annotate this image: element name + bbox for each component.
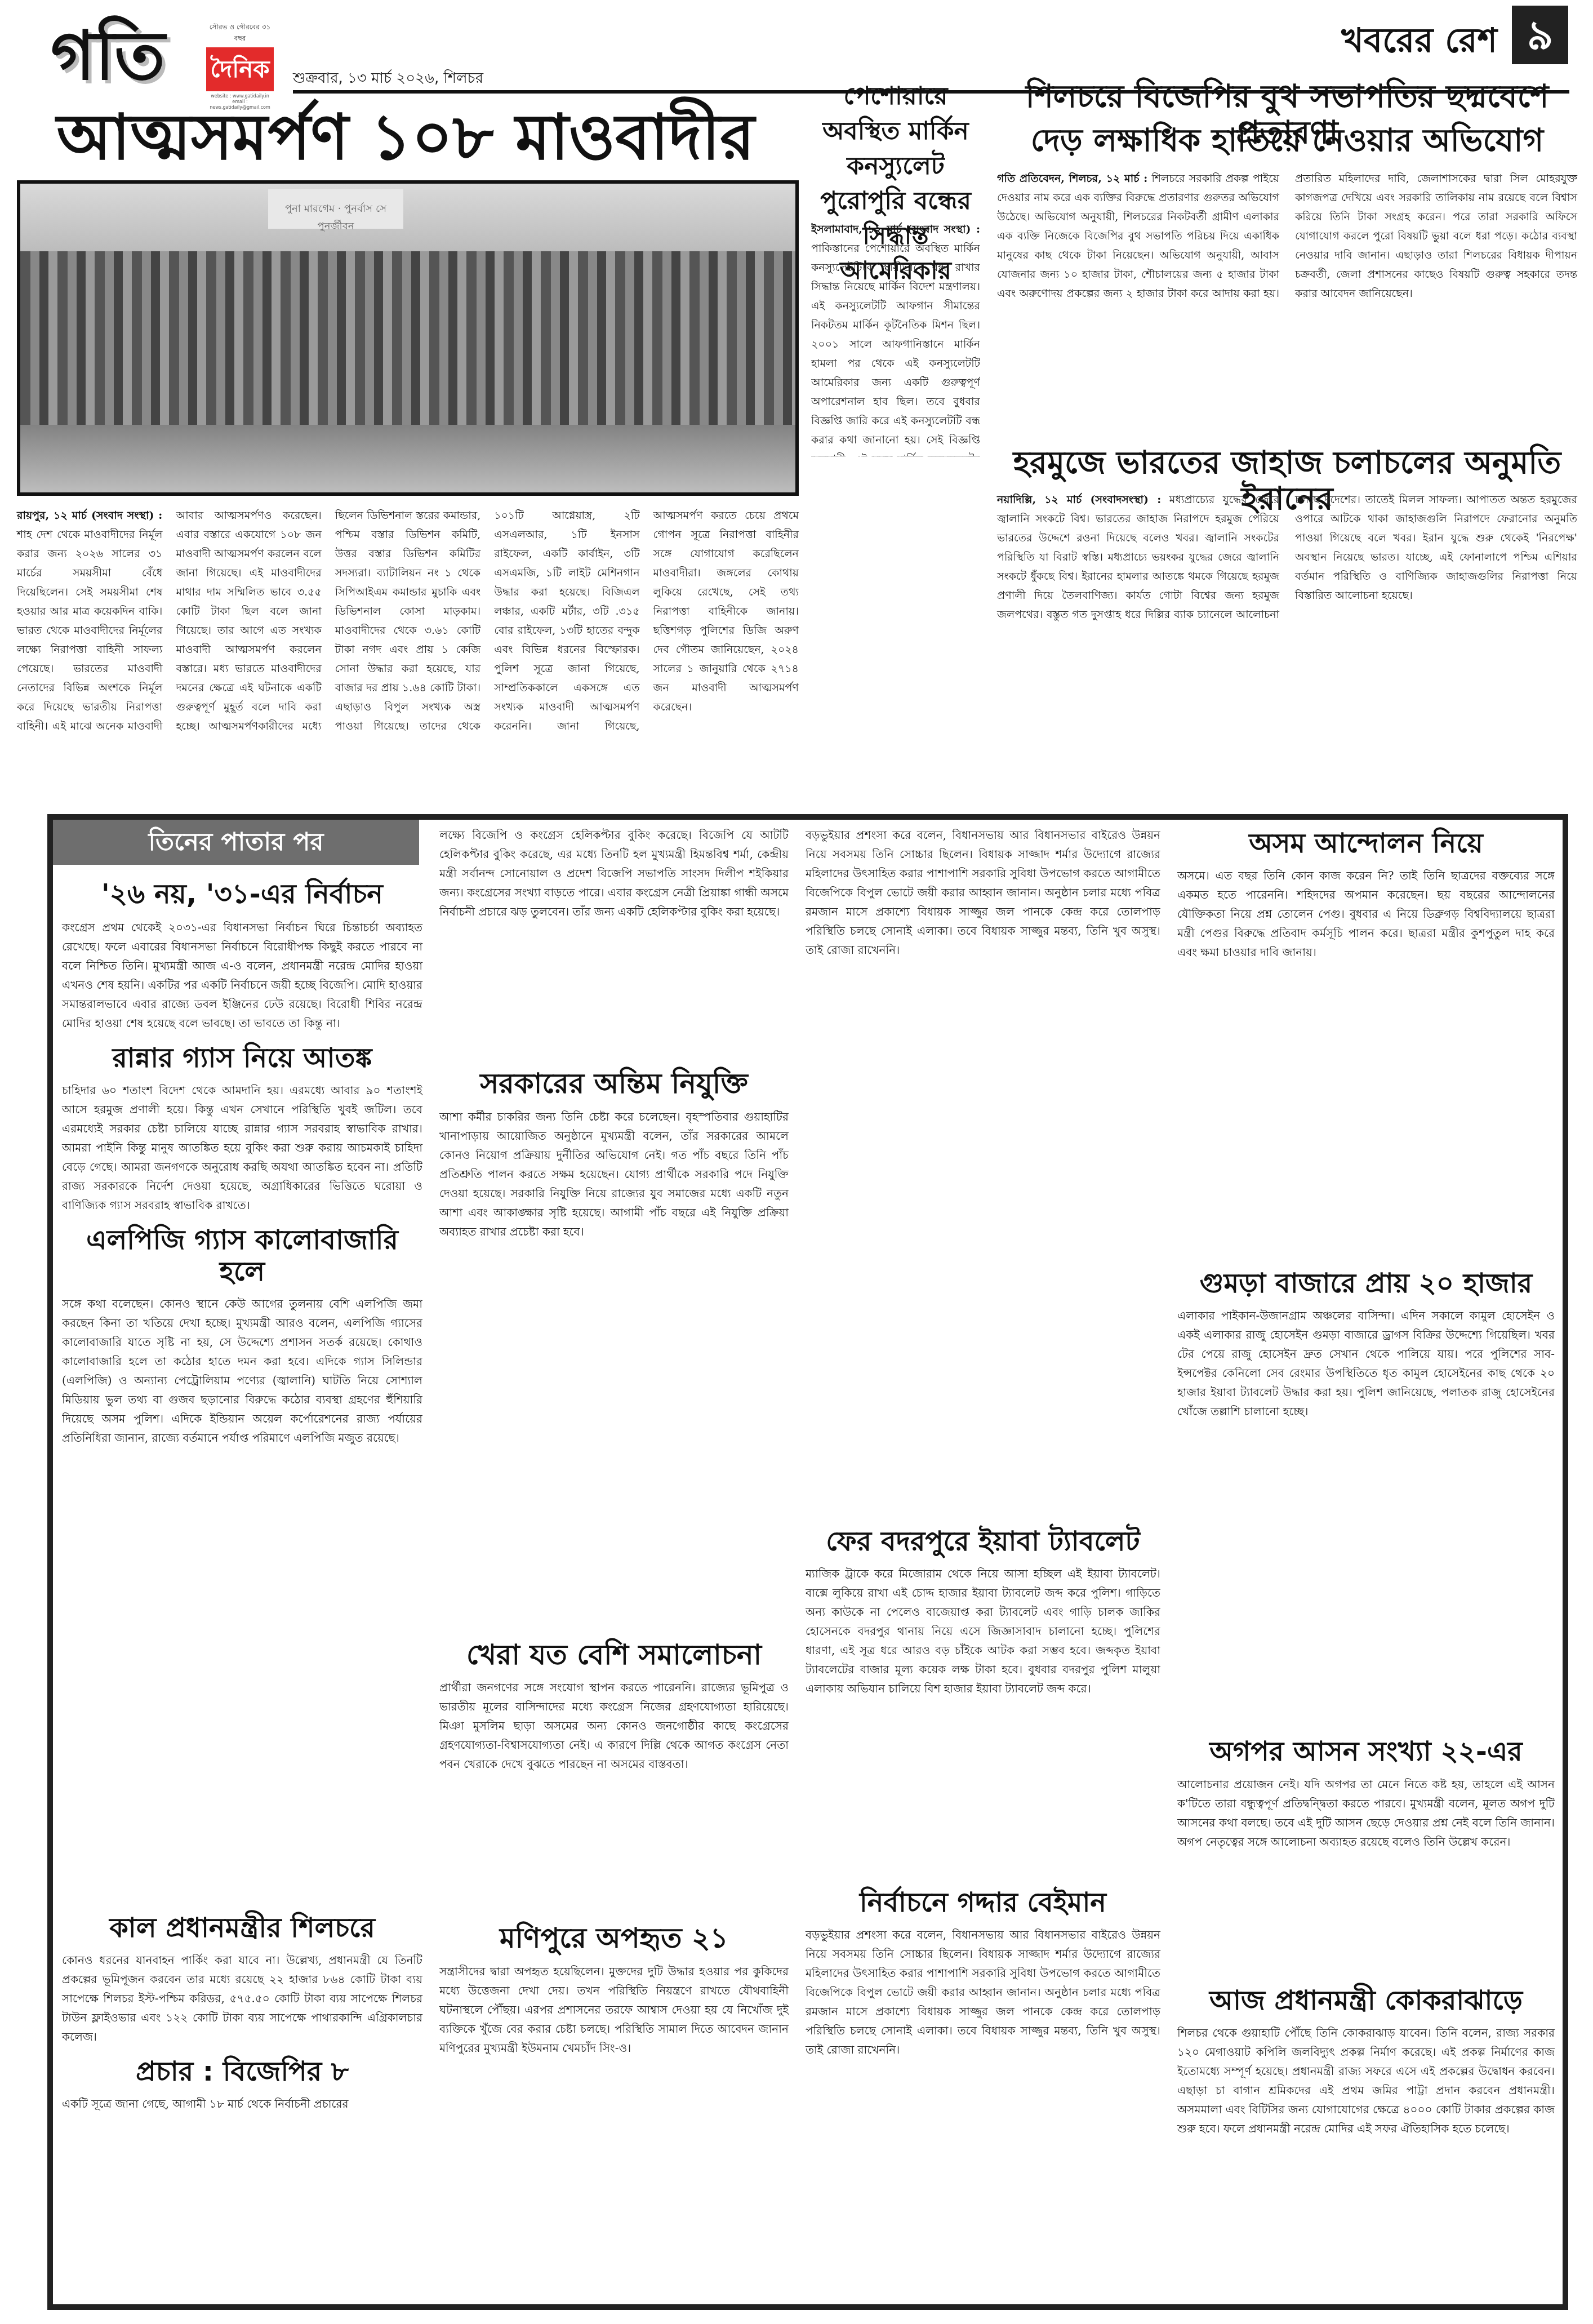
section-title: খবরের রেশ <box>1341 15 1497 71</box>
fraud-article: গতি প্রতিবেদন, শিলচর, ১২ মার্চ : শিলচরে … <box>997 169 1577 434</box>
continued-col-1: '২৬ নয়, '৩১-এর নির্বাচন কংগ্রেস প্রথম থ… <box>62 879 422 2113</box>
continued-col-2: লক্ষ্যে বিজেপি ও কংগ্রেস হেলিকপ্টার বুকি… <box>439 825 789 2058</box>
assam-movement-headline: অসম আন্দোলন নিয়ে <box>1177 828 1555 859</box>
continued-col-4: অসম আন্দোলন নিয়ে অসমে। এত বছর তিনি কোন … <box>1177 828 1555 2138</box>
fraud-body: শিলচরে সরকারি প্রকল্প পাইয়ে দেওয়ার নাম… <box>997 172 1577 300</box>
photo-crowd <box>20 251 795 425</box>
hormuz-body: মধ্যপ্রাচ্যের যুদ্ধের জেরে জ্বালানি সংকট… <box>997 494 1577 621</box>
campaign-headline: প্রচার : বিজেপির ৮ <box>62 2056 422 2087</box>
continued-col-3: বড়ভুইয়ার প্রশংসা করে বলেন, বিধানসভায় … <box>806 825 1160 2059</box>
agp-body: আলোচনার প্রয়োজন নেই। যদি অগপর তা মেনে ন… <box>1177 1775 1555 1978</box>
assam-movement-body: অসমে। এত বছর তিনি কোন কাজ করেন নি? তাই ত… <box>1177 866 1555 1260</box>
gumra-headline: গুমড়া বাজারে প্রায় ২০ হাজার <box>1177 1268 1555 1299</box>
election-headline: '২৬ নয়, '৩১-এর নির্বাচন <box>62 879 422 910</box>
peshawar-dateline: ইসলামাবাদ, ১২ মার্চ (সংবাদ সংস্থা) : <box>811 223 980 235</box>
yaba-headline: ফের বদরপুরে ইয়াবা ট্যাবলেট <box>806 1526 1160 1557</box>
photo-banner: পুনা মারগেম · পুনর্বাস সে পুনর্জীবন <box>268 189 403 229</box>
peshawar-article: ইসলামাবাদ, ১২ মার্চ (সংবাদ সংস্থা) : পাক… <box>811 220 980 456</box>
khera-headline: খেরা যত বেশি সমালোচনা <box>439 1639 789 1672</box>
hormuz-article: নয়াদিল্লি, ১২ মার্চ (সংবাদসংস্থা) : মধ্… <box>997 490 1577 749</box>
maoist-article: রায়পুর, ১২ মার্চ (সংবাদ সংস্থা) : শাহ দ… <box>17 506 799 748</box>
lpg-panic-headline: রান্নার গ্যাস নিয়ে আতঙ্ক <box>62 1043 422 1074</box>
col3-continuation: বড়ভুইয়ার প্রশংসা করে বলেন, বিধানসভায় … <box>806 825 1160 1518</box>
lpg-blackmarket-headline: এলপিজি গ্যাস কালোবাজারি হলে <box>62 1225 422 1287</box>
issue-date: শুক্রবার, ১৩ মার্চ ২০২৬, শিলচর <box>293 66 483 91</box>
yaba-body: ম্যাজিক ট্রাকে করে মিজোরাম থেকে নিয়ে আস… <box>806 1564 1160 1879</box>
maoist-body: শাহ দেশ থেকে মাওবাদীদের নির্মূল করার জন্… <box>17 509 799 732</box>
anniversary-tag: সৌরভ ও গৌরবের ৩১ বছর <box>206 23 274 45</box>
manipur-body: সন্ত্রাসীদের দ্বারা অপহৃত হয়েছিলেন। মুক… <box>439 1962 789 2058</box>
surrender-photo: পুনা মারগেম · পুনর্বাস সে পুনর্জীবন <box>17 180 799 496</box>
campaign-body: একটি সূত্রে জানা গেছে, আগামী ১৮ মার্চ থে… <box>62 2094 422 2113</box>
manipur-headline: মণিপুরে অপহৃত ২১ <box>439 1922 789 1955</box>
pm-silchar-headline: কাল প্রধানমন্ত্রীর শিলচরে <box>62 1913 422 1944</box>
agp-headline: অগপর আসন সংখ্যা ২২-এর <box>1177 1736 1555 1767</box>
lpg-panic-body: চাহিদার ৬০ শতাংশ বিদেশ থেকে আমদানি হয়। … <box>62 1081 422 1215</box>
page-number: ৯ <box>1512 6 1568 64</box>
maoist-dateline: রায়পুর, ১২ মার্চ (সংবাদ সংস্থা) : <box>17 509 162 522</box>
continued-label: তিনের পাতার পর <box>53 820 419 865</box>
traitor-body: বড়ভুইয়ার প্রশংসা করে বলেন, বিধানসভায় … <box>806 1925 1160 2059</box>
recruitment-body: আশা কর্মীর চাকরির জন্য তিনি চেষ্টা করে চ… <box>439 1107 789 1631</box>
fraud-headline-2: দেড় লক্ষাধিক হাতিয়ে নেওয়ার অভিযোগ <box>997 123 1577 159</box>
kokrajhar-headline: আজ প্রধানমন্ত্রী কোকরাঝাড়ে <box>1177 1985 1555 2016</box>
helicopter-body: লক্ষ্যে বিজেপি ও কংগ্রেস হেলিকপ্টার বুকি… <box>439 825 789 1062</box>
election-body: কংগ্রেস প্রথম থেকেই ২০৩১-এর বিধানসভা নির… <box>62 918 422 1033</box>
peshawar-body: পাকিস্তানের পেশোয়ারে অবস্থিত মার্কিন কন… <box>811 242 980 456</box>
photo-banner-text: পুনা মারগেম · পুনর্বাস সে পুনর্জীবন <box>268 201 403 235</box>
pm-silchar-body: কোনও ধরনের যানবাহন পার্কিং করা যাবে না। … <box>62 1950 422 2046</box>
masthead-logo: গতি <box>51 17 186 96</box>
traitor-headline: নির্বাচনে গদ্দার বেইমান <box>806 1887 1160 1918</box>
gumra-body: এলাকার পাইকান-উজানগ্রাম অঞ্চলের বাসিন্দা… <box>1177 1306 1555 1728</box>
daily-badge: সৌরভ ও গৌরবের ৩১ বছর দৈনিক website : www… <box>206 23 274 96</box>
hormuz-dateline: নয়াদিল্লি, ১২ মার্চ (সংবাদসংস্থা) : <box>997 494 1161 506</box>
fraud-dateline: গতি প্রতিবেদন, শিলচর, ১২ মার্চ : <box>997 172 1147 185</box>
lpg-blackmarket-body: সঙ্গে কথা বলেছেন। কোনও স্থানে কেউ আগের ত… <box>62 1294 422 1903</box>
khera-body: প্রার্থীরা জনগণের সঙ্গে সংযোগ স্থাপন করত… <box>439 1678 789 1914</box>
newspaper-logo-text: গতি <box>51 17 186 96</box>
kokrajhar-body: শিলচর থেকে গুয়াহাটি পৌঁছে তিনি কোকরাঝাড… <box>1177 2023 1555 2138</box>
daily-label: দৈনিক <box>206 47 274 91</box>
maoist-headline: আত্মসমর্পণ ১০৮ মাওবাদীর <box>23 101 789 174</box>
recruitment-headline: সরকারের অন্তিম নিযুক্তি <box>439 1068 789 1100</box>
